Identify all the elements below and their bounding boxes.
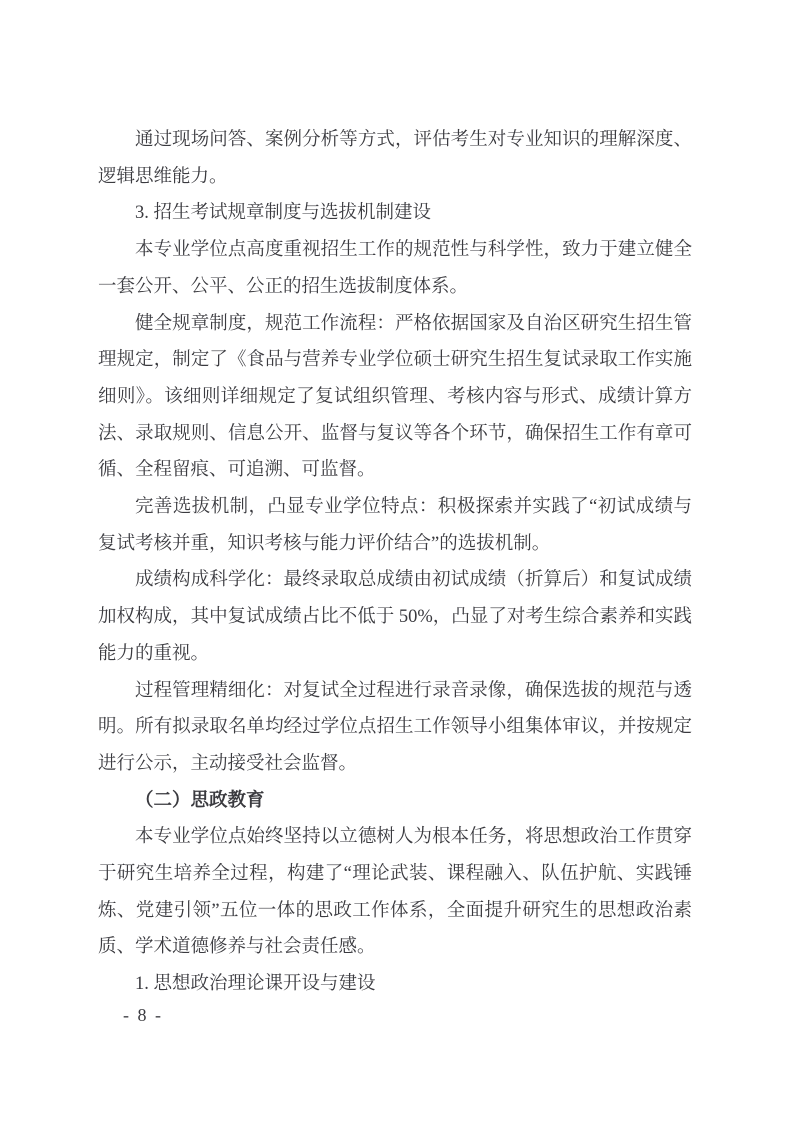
document-page: 通过现场问答、案例分析等方式，评估考生对专业知识的理解深度、逻辑思维能力。 3.… xyxy=(0,0,794,1123)
paragraph-selection-mechanism: 完善选拔机制，凸显专业学位特点：积极探索并实践了“初试成绩与复试考核并重，知识考… xyxy=(98,489,692,562)
heading-ideological-education: （二）思政教育 xyxy=(98,783,692,820)
paragraph-rules-and-procedures: 健全规章制度，规范工作流程：严格依据国家及自治区研究生招生管理规定，制定了《食品… xyxy=(98,306,692,490)
paragraph-score-composition: 成绩构成科学化：最终录取总成绩由初试成绩（折算后）和复试成绩加权构成，其中复试成… xyxy=(98,562,692,672)
paragraph-ideological-overview: 本专业学位点始终坚持以立德树人为根本任务，将思想政治工作贯穿于研究生培养全过程，… xyxy=(98,819,692,966)
paragraph-process-management: 过程管理精细化：对复试全过程进行录音录像，确保选拔的规范与透明。所有拟录取名单均… xyxy=(98,673,692,783)
document-body: 通过现场问答、案例分析等方式，评估考生对专业知识的理解深度、逻辑思维能力。 3.… xyxy=(98,122,692,1003)
page-number: - 8 - xyxy=(123,1003,163,1027)
paragraph-interview-assessment: 通过现场问答、案例分析等方式，评估考生对专业知识的理解深度、逻辑思维能力。 xyxy=(98,122,692,195)
heading-admission-exam-rules: 3. 招生考试规章制度与选拔机制建设 xyxy=(98,195,692,232)
paragraph-admission-system-overview: 本专业学位点高度重视招生工作的规范性与科学性，致力于建立健全一套公开、公平、公正… xyxy=(98,232,692,305)
heading-political-theory-course: 1. 思想政治理论课开设与建设 xyxy=(98,966,692,1003)
